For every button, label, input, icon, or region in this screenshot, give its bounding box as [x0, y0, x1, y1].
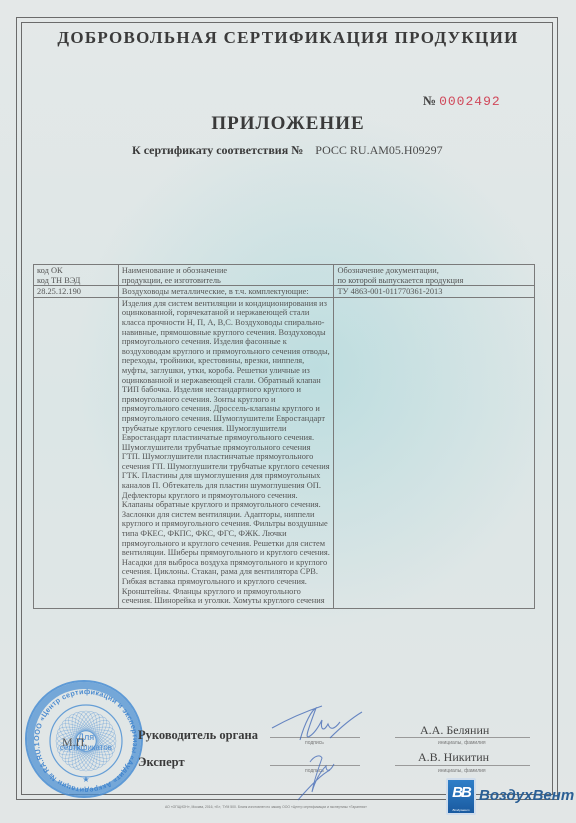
logo-badge: BB Воздухвент: [446, 778, 476, 815]
product-table: код ОК код ТН ВЭД Наименование и обознач…: [33, 264, 535, 609]
table-row: 28.25.12.190 Воздуховоды металлические, …: [34, 286, 535, 298]
number-sign: №: [423, 93, 436, 108]
cell-doc: ТУ 4863-001-011770361-2013: [334, 286, 535, 298]
header-code-line: код ОК: [37, 266, 115, 276]
header-name-line: продукции, ее изготовитель: [122, 276, 331, 286]
name-caption-expert: инициалы, фамилия: [438, 768, 486, 774]
watermark-logo: BB Воздухвент ВоздухВент: [446, 778, 576, 820]
table-header-row: код ОК код ТН ВЭД Наименование и обознач…: [34, 265, 535, 286]
cell-code: 28.25.12.190: [34, 286, 119, 298]
name-line-head: [395, 737, 530, 738]
form-number: №0002492: [423, 93, 501, 109]
logo-text: ВоздухВент: [479, 787, 574, 804]
header-doc: Обозначение документации, по которой вып…: [334, 265, 535, 286]
form-number-value: 0002492: [439, 94, 501, 109]
signature-role-expert: Эксперт: [138, 755, 185, 770]
handwritten-signatures: [270, 700, 390, 810]
name-line-expert: [395, 765, 530, 766]
signature-role-head: Руководитель органа: [138, 728, 258, 743]
name-caption-head: инициалы, фамилия: [438, 740, 486, 746]
header-doc-line: Обозначение документации,: [337, 266, 531, 276]
cell-name: Воздуховоды металлические, в т.ч. компле…: [118, 286, 334, 298]
document-title: ДОБРОВОЛЬНАЯ СЕРТИФИКАЦИЯ ПРОДУКЦИИ: [0, 28, 576, 48]
certificate-reference-label: К сертификату соответствия №: [132, 143, 303, 157]
star-icon: ★: [82, 775, 89, 784]
header-code: код ОК код ТН ВЭД: [34, 265, 119, 286]
header-name: Наименование и обозначение продукции, ее…: [118, 265, 334, 286]
certificate-reference-value: РОСС RU.AM05.H09297: [315, 143, 442, 157]
header-code-line: код ТН ВЭД: [37, 276, 115, 286]
header-doc-line: по которой выпускается продукция: [337, 276, 531, 286]
cell-doc: [334, 297, 535, 608]
appendix-title: ПРИЛОЖЕНИЕ: [0, 113, 576, 135]
seal-placeholder-label: М.П.: [62, 735, 87, 750]
header-name-line: Наименование и обозначение: [122, 266, 331, 276]
cell-code: [34, 297, 119, 608]
cell-name: Изделия для систем вентиляции и кондицио…: [118, 297, 334, 608]
table-row: Изделия для систем вентиляции и кондицио…: [34, 297, 535, 608]
certificate-reference: К сертификату соответствия №РОСС RU.AM05…: [132, 143, 443, 158]
signer-name-head: А.А. Белянин: [420, 723, 489, 738]
logo-badge-letters: BB: [452, 784, 470, 801]
logo-badge-subtext: Воздухвент: [448, 808, 474, 812]
signer-name-expert: А.В. Никитин: [418, 750, 489, 765]
print-info: АО «ОПЦИОН», Москва, 2016, «Б», ТУМ 500.…: [165, 805, 367, 809]
